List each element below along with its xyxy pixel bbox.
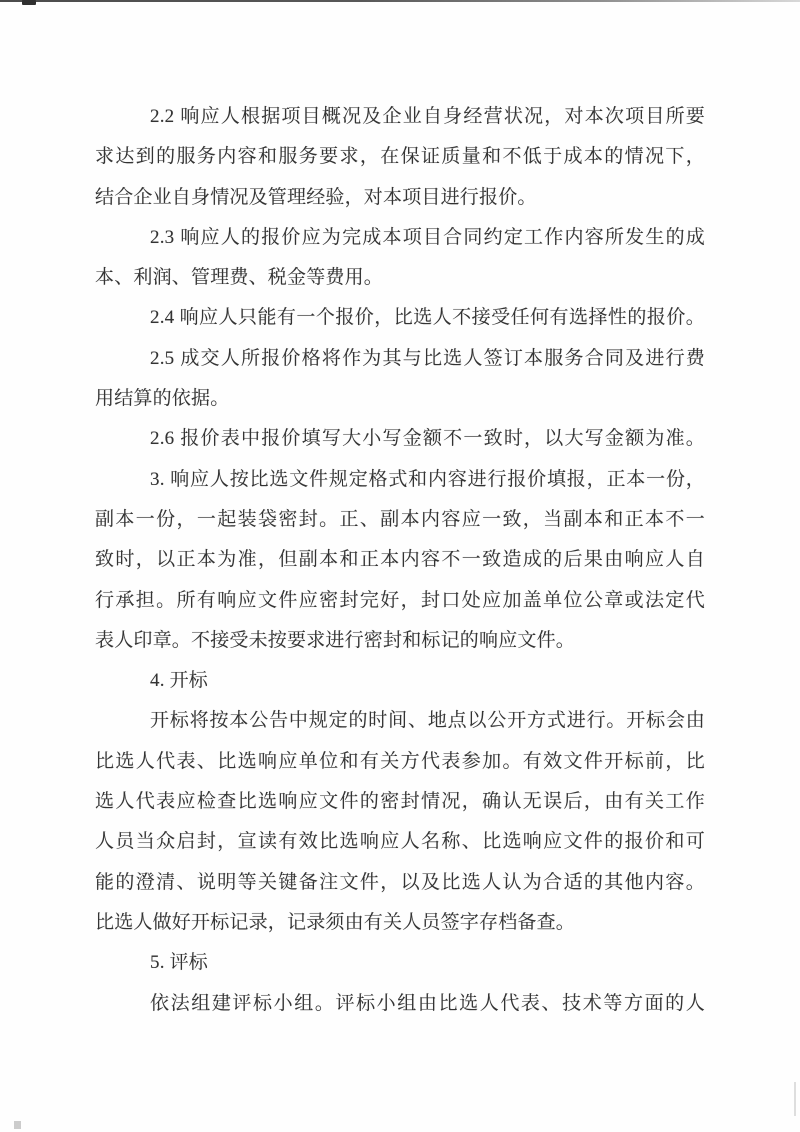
section-4-heading: 4. 开标 <box>95 661 705 701</box>
scanned-document-page: 2.2 响应人根据项目概况及企业自身经营状况，对本次项目所要 求达到的服务内容和… <box>0 0 800 1132</box>
clause-2-5-line-1: 2.5 成交人所报价格将作为其与比选人签订本服务合同及进行费 <box>95 339 705 379</box>
clause-2-4-line-1: 2.4 响应人只能有一个报价，比选人不接受任何有选择性的报价。 <box>95 298 705 338</box>
section-5-para-line-1: 依法组建评标小组。评标小组由比选人代表、技术等方面的人 <box>95 984 705 1024</box>
clause-2-2-line-1: 2.2 响应人根据项目概况及企业自身经营状况，对本次项目所要 <box>95 97 705 137</box>
scan-artifact-top-notch <box>22 0 36 5</box>
clause-2-6-line-1: 2.6 报价表中报价填写大小写金额不一致时，以大写金额为准。 <box>95 419 705 459</box>
clause-3-line-2: 副本一份，一起装袋密封。正、副本内容应一致，当副本和正本不一 <box>95 500 705 540</box>
section-4-para-line-6: 比选人做好开标记录，记录须由有关人员签字存档备查。 <box>95 903 705 943</box>
scan-artifact-speck <box>14 1121 21 1129</box>
clause-3-line-4: 行承担。所有响应文件应密封完好，封口处应加盖单位公章或法定代 <box>95 581 705 621</box>
clause-3-line-1: 3. 响应人按比选文件规定格式和内容进行报价填报，正本一份， <box>95 460 705 500</box>
clause-3-line-5: 表人印章。不接受未按要求进行密封和标记的响应文件。 <box>95 621 705 661</box>
clause-2-3-line-1: 2.3 响应人的报价应为完成本项目合同约定工作内容所发生的成 <box>95 218 705 258</box>
document-body-text: 2.2 响应人根据项目概况及企业自身经营状况，对本次项目所要 求达到的服务内容和… <box>95 97 705 1024</box>
clause-3-line-3: 致时，以正本为准，但副本和正本内容不一致造成的后果由响应人自 <box>95 540 705 580</box>
section-4-para-line-5: 能的澄清、说明等关键备注文件，以及比选人认为合适的其他内容。 <box>95 863 705 903</box>
section-4-para-line-3: 选人代表应检查比选响应文件的密封情况，确认无误后，由有关工作 <box>95 782 705 822</box>
clause-2-2-line-2: 求达到的服务内容和服务要求，在保证质量和不低于成本的情况下， <box>95 137 705 177</box>
clause-2-3-line-2: 本、利润、管理费、税金等费用。 <box>95 258 705 298</box>
section-5-heading: 5. 评标 <box>95 943 705 983</box>
section-4-para-line-1: 开标将按本公告中规定的时间、地点以公开方式进行。开标会由 <box>95 701 705 741</box>
clause-2-5-line-2: 用结算的依据。 <box>95 379 705 419</box>
scan-artifact-top-line <box>0 0 800 2</box>
section-4-para-line-4: 人员当众启封，宣读有效比选响应人名称、比选响应文件的报价和可 <box>95 822 705 862</box>
scan-artifact-right-mark <box>794 1082 796 1116</box>
clause-2-2-line-3: 结合企业自身情况及管理经验，对本项目进行报价。 <box>95 178 705 218</box>
section-4-para-line-2: 比选人代表、比选响应单位和有关方代表参加。有效文件开标前，比 <box>95 742 705 782</box>
